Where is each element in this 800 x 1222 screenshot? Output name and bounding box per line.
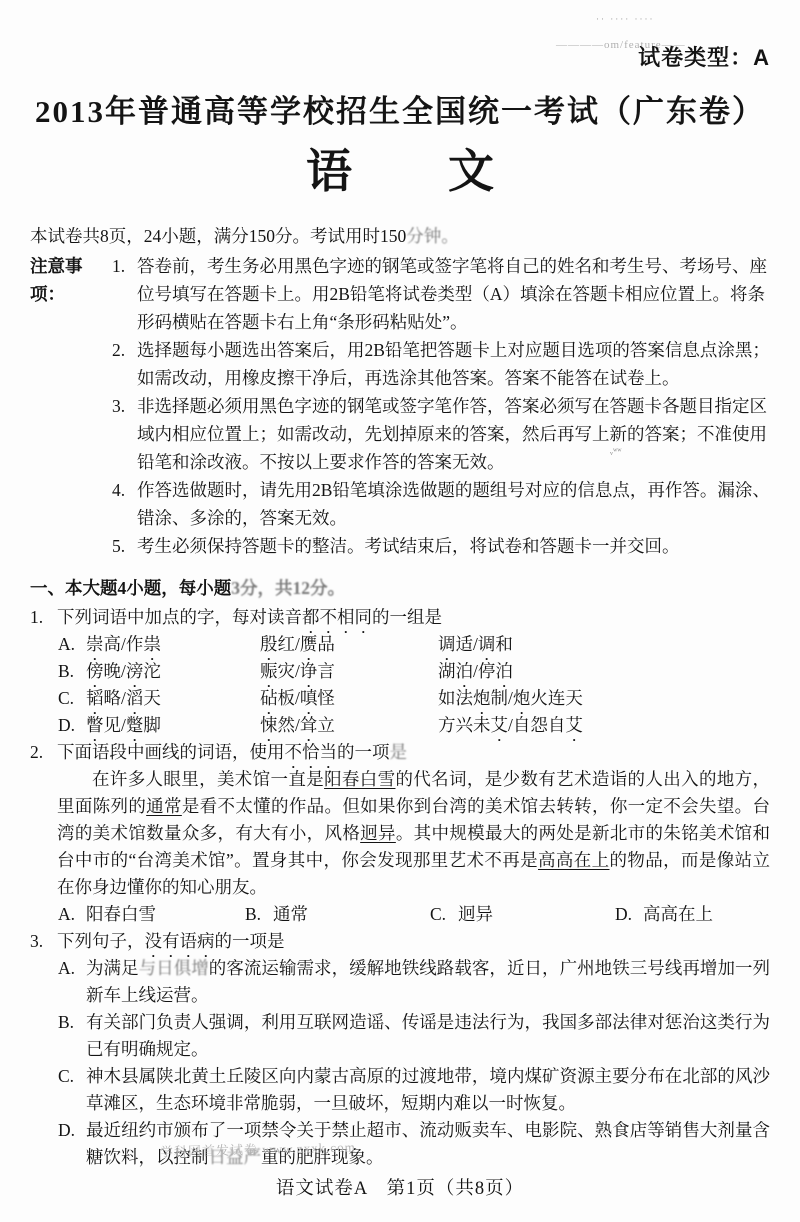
question-3: 3. 下列句子，没有语病的一项是 A. 为满足与日俱增的客流运输需求，缓解地铁线… bbox=[30, 928, 770, 1171]
notice-text: 非选择题必须用黑色字迹的钢笔或签字笔作答，答案必须写在答题卡各题目指定区域内相应… bbox=[137, 392, 770, 476]
option-label: D. bbox=[58, 1117, 86, 1171]
option-label: D. bbox=[615, 901, 643, 928]
option-pair: 崇高/作祟 bbox=[86, 631, 260, 658]
exam-info-line: 本试卷共8页，24小题，满分150分。考试用时150分钟。 bbox=[30, 222, 770, 250]
notice-item: 1. 答卷前，考生务必用黑色字迹的钢笔或签字笔将自己的姓名和考生号、考场号、座位… bbox=[112, 252, 770, 336]
option-pair: 如法炮制/炮火连天 bbox=[438, 685, 770, 712]
option-label: D. bbox=[58, 712, 86, 739]
option-d: D.高高在上 bbox=[615, 901, 770, 928]
option-label: A. bbox=[58, 955, 86, 1009]
option-pair: 悚然/耸立 bbox=[260, 712, 438, 739]
page-footer: 语文试卷A 第1页（共8页） bbox=[0, 1176, 800, 1203]
exam-title: 2013年普通高等学校招生全国统一考试（广东卷） bbox=[30, 90, 770, 134]
option-text: 高高在上 bbox=[643, 904, 713, 924]
question-number: 1. bbox=[30, 604, 57, 631]
option-text: 通常 bbox=[273, 904, 308, 924]
notice-number: 5. bbox=[112, 532, 137, 560]
option-label: B. bbox=[58, 658, 86, 685]
subject-char-right: 文 bbox=[448, 146, 494, 198]
option-b: B.通常 bbox=[245, 901, 430, 928]
notice-number: 3. bbox=[112, 392, 137, 476]
option-pair: 韬略/滔天 bbox=[86, 685, 260, 712]
option-row-a: A. 崇高/作祟 殷红/赝品 调适/调和 bbox=[58, 631, 770, 658]
option-pair: 傍晚/滂沱 bbox=[86, 658, 260, 685]
option-a: A. 为满足与日俱增的客流运输需求，缓解地铁线路载客，近日，广州地铁三号线再增加… bbox=[58, 955, 770, 1009]
notice-item: 5. 考生必须保持答题卡的整洁。考试结束后，将试卷和答题卡一并交回。 bbox=[112, 532, 770, 560]
question-1: 1. 下列词语中加点的字，每对读音都不相同的一组是 A. 崇高/作祟 殷红/赝品… bbox=[30, 604, 770, 739]
site-watermark: 学科网首发试卷 www.zxxk.com bbox=[160, 1133, 356, 1165]
paper-type-label: 试卷类型：A bbox=[638, 44, 770, 71]
option-b: B. 有关部门负责人强调，利用互联网造谣、传谣是违法行为，我国多部法律对惩治这类… bbox=[58, 1009, 770, 1063]
option-pair: 赈灾/诤言 bbox=[260, 658, 438, 685]
notice-number: 4. bbox=[112, 476, 137, 532]
notice-text: 作答选做题时，请先用2B铅笔填涂选做题的题组号对应的信息点，再作答。漏涂、错涂、… bbox=[137, 476, 770, 532]
option-label: A. bbox=[58, 631, 86, 658]
option-text: 神木县属陕北黄土丘陵区向内蒙古高原的过渡地带，境内煤矿资源主要分布在北部的风沙草… bbox=[86, 1063, 770, 1117]
question-2-passage: 在许多人眼里，美术馆一直是阳春白雪的代名词，是少数有艺术造诣的人出入的地方，里面… bbox=[57, 766, 770, 901]
question-1-options: A. 崇高/作祟 殷红/赝品 调适/调和 B. 傍晚/滂沱 赈灾/诤言 湖泊/停… bbox=[58, 631, 770, 739]
scan-artifact-top: ·· ···· ···· bbox=[596, 6, 654, 33]
section-1-heading: 一、本大题4小题，每小题3分，共12分。 bbox=[30, 574, 770, 602]
notice-number: 1. bbox=[112, 252, 137, 336]
option-row-b: B. 傍晚/滂沱 赈灾/诤言 湖泊/停泊 bbox=[58, 658, 770, 685]
option-row-c: C. 韬略/滔天 砧板/嗔怪 如法炮制/炮火连天 bbox=[58, 685, 770, 712]
option-label: C. bbox=[58, 685, 86, 712]
option-label: C. bbox=[430, 901, 458, 928]
question-stem: 下列词语中加点的字，每对读音都不相同的一组是 bbox=[57, 604, 442, 631]
notice-text: 答卷前，考生务必用黑色字迹的钢笔或签字笔将自己的姓名和考生号、考场号、座位号填写… bbox=[137, 252, 770, 336]
option-label: C. bbox=[58, 1063, 86, 1117]
notices-label: 注意事项： bbox=[30, 252, 112, 560]
subject-char-left: 语 bbox=[306, 146, 352, 198]
option-c: C. 神木县属陕北黄土丘陵区向内蒙古高原的过渡地带，境内煤矿资源主要分布在北部的… bbox=[58, 1063, 770, 1117]
option-a: A.阳春白雪 bbox=[58, 901, 245, 928]
option-row-d: D. 瞥见/蹩脚 悚然/耸立 方兴未艾/自怨自艾 bbox=[58, 712, 770, 739]
question-stem: 下面语段中画线的词语，使用不恰当的一项是 bbox=[57, 739, 407, 766]
option-pair: 调适/调和 bbox=[438, 631, 770, 658]
notice-text: 考生必须保持答题卡的整洁。考试结束后，将试卷和答题卡一并交回。 bbox=[137, 532, 770, 560]
option-pair: 砧板/嗔怪 bbox=[260, 685, 438, 712]
option-c: C.迥异 bbox=[430, 901, 615, 928]
question-number: 2. bbox=[30, 739, 57, 766]
scan-artifact-ink: ᵥʷʷ bbox=[610, 438, 622, 465]
exam-paper-page: ·· ···· ···· ――――om/feature―― ᵥʷʷ 试卷类型：A… bbox=[0, 0, 800, 1222]
notice-items: 1. 答卷前，考生务必用黑色字迹的钢笔或签字笔将自己的姓名和考生号、考场号、座位… bbox=[112, 252, 770, 560]
option-text: 阳春白雪 bbox=[86, 904, 156, 924]
notice-item: 4. 作答选做题时，请先用2B铅笔填涂选做题的题组号对应的信息点，再作答。漏涂、… bbox=[112, 476, 770, 532]
subject-title: 语 文 bbox=[30, 146, 770, 198]
notice-number: 2. bbox=[112, 336, 137, 392]
question-number: 3. bbox=[30, 928, 57, 955]
option-label: A. bbox=[58, 901, 86, 928]
option-label: B. bbox=[58, 1009, 86, 1063]
question-2: 2. 下面语段中画线的词语，使用不恰当的一项是 在许多人眼里，美术馆一直是阳春白… bbox=[30, 739, 770, 928]
notices-block: 注意事项： 1. 答卷前，考生务必用黑色字迹的钢笔或签字笔将自己的姓名和考生号、… bbox=[30, 252, 770, 560]
notice-item: 2. 选择题每小题选出答案后，用2B铅笔把答题卡上对应题目选项的答案信息点涂黑；… bbox=[112, 336, 770, 392]
question-stem: 下列句子，没有语病的一项是 bbox=[57, 928, 285, 955]
question-2-options: A.阳春白雪 B.通常 C.迥异 D.高高在上 bbox=[58, 901, 770, 928]
option-text: 迥异 bbox=[458, 904, 493, 924]
option-text: 为满足与日俱增的客流运输需求，缓解地铁线路载客，近日，广州地铁三号线再增加一列新… bbox=[86, 955, 770, 1009]
option-text: 有关部门负责人强调，利用互联网造谣、传谣是违法行为，我国多部法律对惩治这类行为已… bbox=[86, 1009, 770, 1063]
notice-item: 3. 非选择题必须用黑色字迹的钢笔或签字笔作答，答案必须写在答题卡各题目指定区域… bbox=[112, 392, 770, 476]
option-pair: 瞥见/蹩脚 bbox=[86, 712, 260, 739]
option-label: B. bbox=[245, 901, 273, 928]
notice-text: 选择题每小题选出答案后，用2B铅笔把答题卡上对应题目选项的答案信息点涂黑；如需改… bbox=[137, 336, 770, 392]
